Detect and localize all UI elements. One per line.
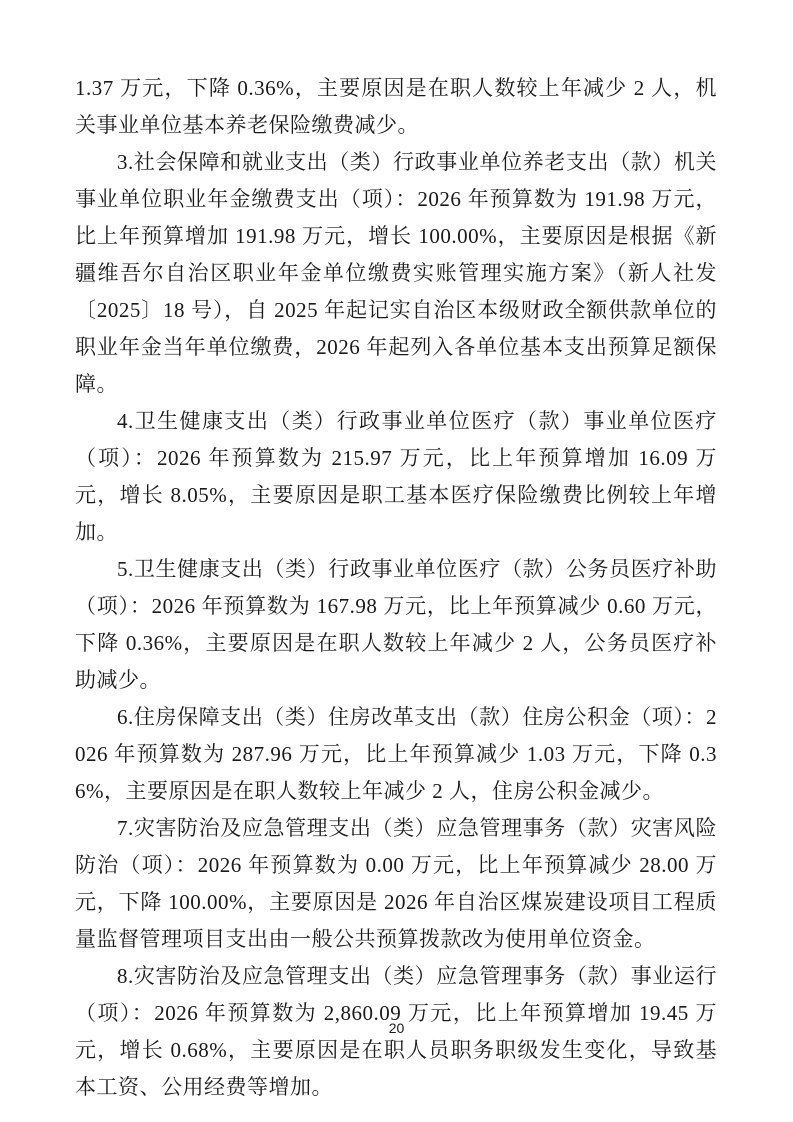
paragraph-continuation: 1.37 万元，下降 0.36%，主要原因是在职人数较上年减少 2 人，机关事业… [75, 70, 717, 144]
page-footer: 20 [0, 1020, 793, 1038]
paragraph-item-4: 4.卫生健康支出（类）行政事业单位医疗（款）事业单位医疗（项）：2026 年预算… [75, 403, 717, 551]
paragraph-item-7: 7.灾害防治及应急管理支出（类）应急管理事务（款）灾害风险防治（项）：2026 … [75, 810, 717, 958]
document-page: 1.37 万元，下降 0.36%，主要原因是在职人数较上年减少 2 人，机关事业… [0, 0, 793, 1122]
paragraph-item-6: 6.住房保障支出（类）住房改革支出（款）住房公积金（项）：2026 年预算数为 … [75, 699, 717, 810]
paragraph-item-5: 5.卫生健康支出（类）行政事业单位医疗（款）公务员医疗补助（项）：2026 年预… [75, 551, 717, 699]
page-body-text: 1.37 万元，下降 0.36%，主要原因是在职人数较上年减少 2 人，机关事业… [75, 70, 717, 1106]
page-number: 20 [389, 1020, 405, 1036]
paragraph-item-3: 3.社会保障和就业支出（类）行政事业单位养老支出（款）机关事业单位职业年金缴费支… [75, 144, 717, 403]
